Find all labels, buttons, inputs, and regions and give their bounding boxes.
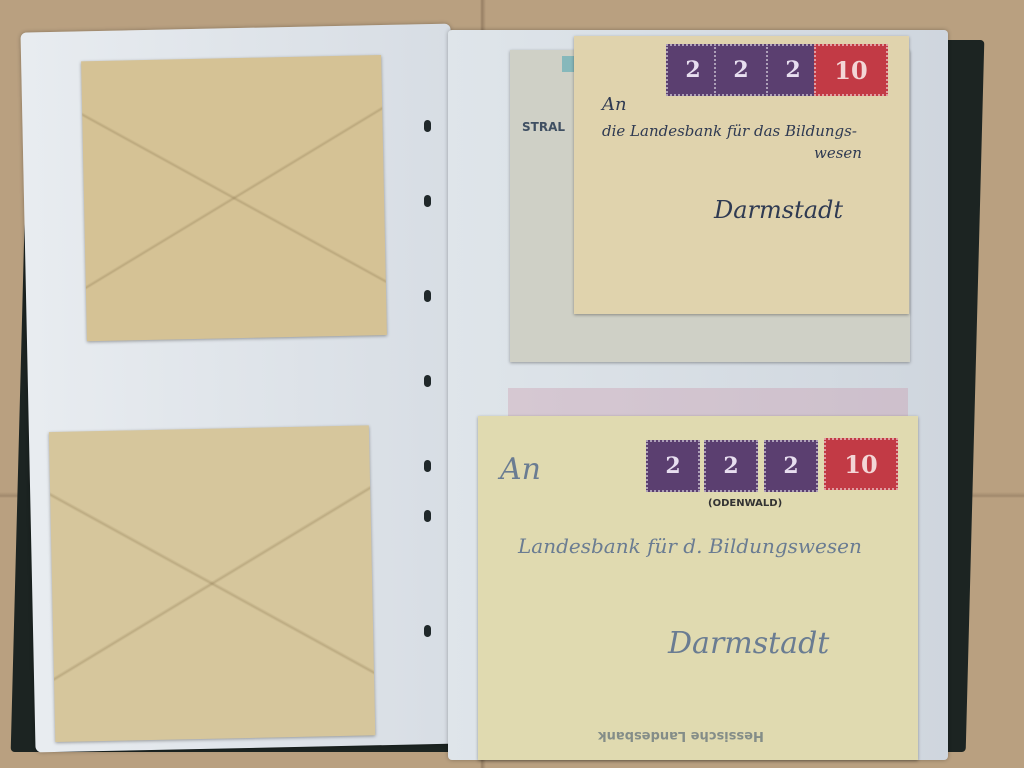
address-city: Darmstadt xyxy=(714,196,843,224)
stamp-2-mark: 2 xyxy=(714,44,768,96)
address-line-1: An xyxy=(602,94,627,115)
address-line-2: Landesbank für d. Bildungswesen xyxy=(518,534,862,558)
postmark: (ODENWALD) xyxy=(708,498,782,509)
cover-top: 2 2 2 10 An die Landesbank für das Bildu… xyxy=(574,36,909,314)
stamp-strip-behind xyxy=(508,388,908,416)
stamp-10-mark: 10 xyxy=(814,44,888,96)
stamp-2-mark: 2 xyxy=(704,440,758,492)
envelope-back-top xyxy=(81,55,387,341)
address-city: Darmstadt xyxy=(668,626,829,661)
stamp-2-mark: 2 xyxy=(764,440,818,492)
binder-holes xyxy=(420,120,436,680)
envelope-back-bottom xyxy=(49,425,375,742)
stamp-2-mark: 2 xyxy=(646,440,700,492)
address-line-1: An xyxy=(500,452,541,487)
address-line-2: die Landesbank für das Bildungs- xyxy=(602,122,857,140)
cover-bottom: 2 2 2 10 (ODENWALD) An Landesbank für d.… xyxy=(478,416,918,760)
album-page-left xyxy=(21,24,466,753)
stamp-2-mark: 2 xyxy=(766,44,820,96)
stamp-10-mark: 10 xyxy=(824,438,898,490)
address-line-3: wesen xyxy=(814,144,862,162)
album-page-right: STRAL 2 2 2 10 An die Landesbank für das… xyxy=(448,30,948,760)
cover-behind-label: STRAL xyxy=(522,120,565,134)
stamp-2-mark: 2 xyxy=(666,44,720,96)
mirrored-print: Hessische Landesbank xyxy=(598,728,764,743)
